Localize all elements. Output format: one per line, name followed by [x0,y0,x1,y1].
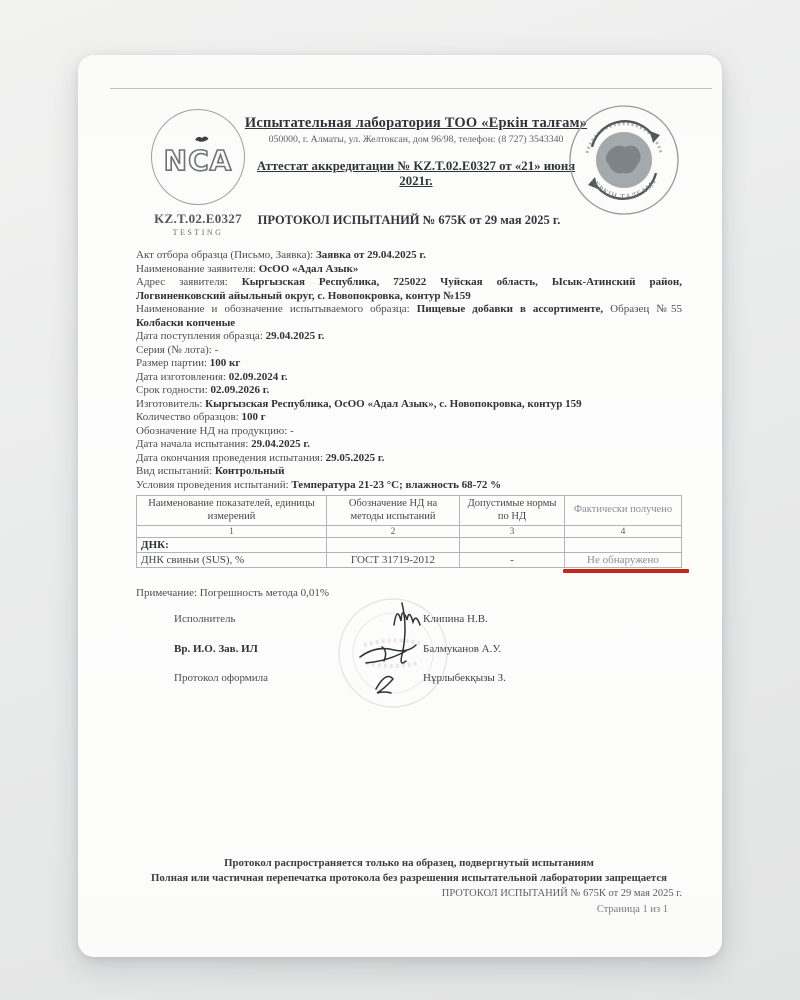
field-line: Дата поступления образца: 29.04.2025 г. [136,330,682,344]
table-header-cell: Обозначение НД на методы испытаний [327,496,460,526]
field-label: Наименование и обозначение испытываемого… [136,303,417,315]
field-label: Количество образцов: [136,411,241,423]
table-cell: ГОСТ 31719-2012 [327,553,460,568]
protocol-title: ПРОТОКОЛ ИСПЫТАНИЙ № 675К от 29 мая 2025… [136,213,682,228]
lab-title: Испытательная лаборатория ТОО «Еркін тал… [240,115,592,132]
table-cell: ДНК свиньи (SUS), % [137,553,327,568]
field-value: Кыргызская Республика, ОсОО «Адал Азык»,… [205,398,581,410]
field-line: Наименование и обозначение испытываемого… [136,303,682,330]
field-value: 100 г [241,411,265,423]
column-number-row: 1234 [137,526,682,538]
field-label: Адрес заявителя: [136,276,242,288]
nca-circle: NCA [151,109,245,205]
signature-role: Вр. И.О. Зав. ИЛ [174,643,258,655]
table-header-row: Наименование показателей, единицы измере… [137,496,682,526]
field-label: Срок годности: [136,384,211,396]
signature-row: ИсполнительКлипина Н.В. [136,613,682,627]
field-line: Обозначение НД на продукцию: - [136,425,682,439]
letterhead: Испытательная лаборатория ТОО «Еркін тал… [240,115,592,189]
scan-edge-artifact [110,88,712,89]
lab-seal-stamp: «ЕРКІН ТАЛҒАМ» [565,101,683,219]
footer-copy-line: Полная или частичная перепечатка протоко… [136,871,682,886]
bird-icon [194,134,210,144]
field-value: Колбаски копченые [136,317,235,329]
field-value: Пищевые добавки в ассортименте, [417,303,610,315]
column-number: 2 [327,526,460,538]
table-cell: Не обнаружено [565,553,682,568]
field-value: Температура 21-23 °С; влажность 68-72 % [291,479,501,491]
field-label: Образец №55 [610,303,682,315]
field-value: 02.09.2024 г. [229,371,288,383]
field-label: Изготовитель: [136,398,205,410]
field-line: Серия (№ лота): - [136,344,682,358]
footer-scope-line: Протокол распространяется только на обра… [136,856,682,871]
table-header-cell: Допустимые нормы по НД [460,496,565,526]
signature-block: ИсполнительКлипина Н.В.Вр. И.О. Зав. ИЛБ… [136,595,682,725]
field-label: Размер партии: [136,357,210,369]
field-value: Контрольный [215,465,285,477]
field-line: Количество образцов: 100 г [136,411,682,425]
field-label: Серия (№ лота): - [136,344,218,356]
table-header-cell: Фактически получено [565,496,682,526]
signature-role: Исполнитель [174,613,236,625]
table-row: ДНК свиньи (SUS), %ГОСТ 31719-2012-Не об… [137,553,682,568]
lab-address: 050000, г. Алматы, ул. Желтоксан, дом 96… [240,134,592,145]
field-label: Дата поступления образца: [136,330,266,342]
results-table: Наименование показателей, единицы измере… [136,495,682,568]
field-label: Условия проведения испытаний: [136,479,291,491]
table-cell [460,538,565,553]
table-cell: ДНК: [137,538,327,553]
column-number: 1 [137,526,327,538]
field-label: Дата окончания проведения испытания: [136,452,326,464]
field-value: 100 кг [210,357,241,369]
field-line: Дата начала испытания: 29.04.2025 г. [136,438,682,452]
field-value: 02.09.2026 г. [211,384,270,396]
column-number: 3 [460,526,565,538]
footer-protocol-ref: ПРОТОКОЛ ИСПЫТАНИЙ № 675К от 29 мая 2025… [136,886,682,902]
field-value: 29.04.2025 г. [266,330,325,342]
field-line: Условия проведения испытаний: Температур… [136,479,682,493]
accreditation-type: TESTING [138,228,258,237]
document-fields: Акт отбора образца (Письмо, Заявка): Зая… [136,249,682,492]
table-row: ДНК: [137,538,682,553]
field-line: Дата изготовления: 02.09.2024 г. [136,371,682,385]
signature-role: Протокол оформила [174,672,268,684]
signatory-name: Клипина Н.В. [423,613,488,625]
table-cell [327,538,460,553]
nca-logo-text: NCA [144,144,252,177]
accreditation-line: Аттестат аккредитации № KZ.T.02.E0327 от… [240,159,592,189]
field-line: Изготовитель: Кыргызская Республика, ОсО… [136,398,682,412]
field-line: Размер партии: 100 кг [136,357,682,371]
footer-page-number: Страница 1 из 1 [136,902,682,917]
field-label: Вид испытаний: [136,465,215,477]
field-line: Акт отбора образца (Письмо, Заявка): Зая… [136,249,682,263]
field-label: Дата начала испытания: [136,438,251,450]
field-line: Дата окончания проведения испытания: 29.… [136,452,682,466]
table-cell [565,538,682,553]
field-label: Наименование заявителя: [136,263,259,275]
field-value: Заявка от 29.04.2025 г. [316,249,426,261]
signatory-name: Балмуканов А.У. [423,643,501,655]
footer: Протокол распространяется только на обра… [136,856,682,917]
signature-row: Протокол оформилаНұрлыбекқызы З. [136,672,682,686]
field-value: ОсОО «Адал Азык» [259,263,359,275]
field-label: Акт отбора образца (Письмо, Заявка): [136,249,316,261]
field-line: Срок годности: 02.09.2026 г. [136,384,682,398]
signatory-name: Нұрлыбекқызы З. [423,672,506,684]
document-page: NCA KZ.T.02.E0327 TESTING Испытательная … [78,55,722,957]
field-label: Дата изготовления: [136,371,229,383]
table-header-cell: Наименование показателей, единицы измере… [137,496,327,526]
field-value: 29.05.2025 г. [326,452,385,464]
field-label: Обозначение НД на продукцию: - [136,425,294,437]
signature-row: Вр. И.О. Зав. ИЛБалмуканов А.У. [136,643,682,657]
field-line: Адрес заявителя: Кыргызская Республика, … [136,276,682,303]
red-highlight-underline [563,569,689,574]
field-value: 29.04.2025 г. [251,438,310,450]
field-line: Вид испытаний: Контрольный [136,465,682,479]
table-cell: - [460,553,565,568]
field-line: Наименование заявителя: ОсОО «Адал Азык» [136,263,682,277]
column-number: 4 [565,526,682,538]
